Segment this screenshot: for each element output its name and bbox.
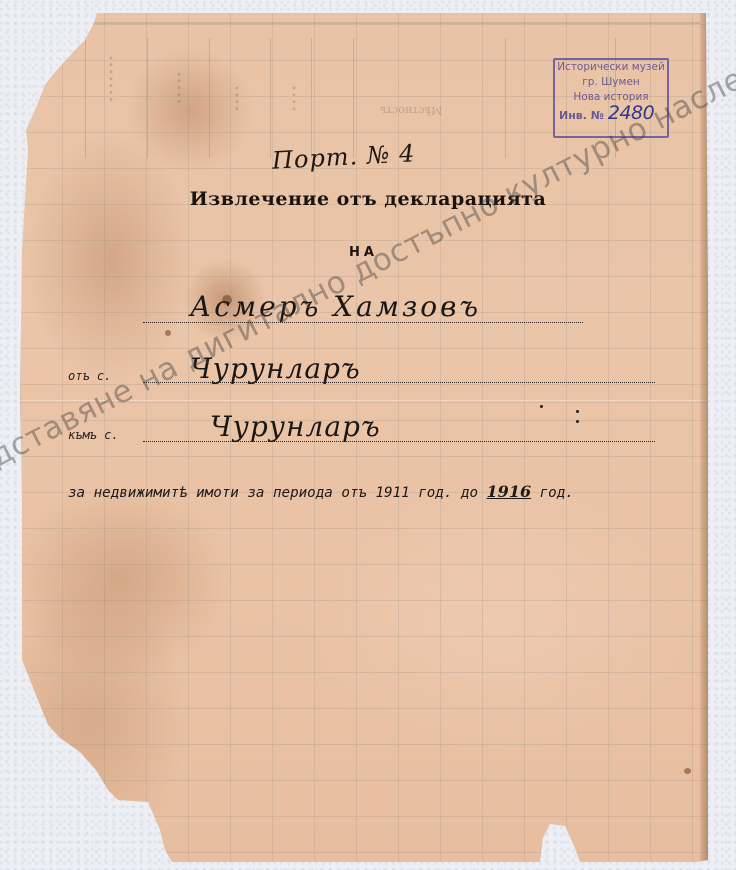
person-name: Асмеръ Хамзовъ xyxy=(190,290,481,323)
stamp-city: гр. Шумен xyxy=(555,75,667,90)
museum-stamp: Исторически музей гр. Шумен Нова история… xyxy=(553,58,669,138)
period-suffix: год. xyxy=(540,485,574,501)
document-title: Извлечение отъ декларацията xyxy=(0,188,736,210)
faint-column-header: Мѣстность xyxy=(380,104,442,117)
period-end-year: 1916 xyxy=(487,482,532,501)
to-village: Чурунларъ xyxy=(210,410,381,443)
fold-crease xyxy=(20,400,710,403)
na-label: НА xyxy=(349,245,378,260)
to-label: къмъ с. xyxy=(68,428,119,442)
period-line: за недвижимитѣ имоти за периода отъ 1911… xyxy=(68,482,574,501)
period-prefix: за недвижимитѣ имоти за периода отъ 1911… xyxy=(68,485,478,501)
from-label: отъ с. xyxy=(68,369,111,383)
stamp-inventory-label: Инв. № xyxy=(559,109,604,122)
stamp-inventory: Инв. № 2480 xyxy=(555,106,667,123)
from-village: Чурунларъ xyxy=(190,352,361,385)
stamp-museum-name: Исторически музей xyxy=(555,60,667,75)
stamp-inventory-number: 2480 xyxy=(608,102,654,124)
paper-edge xyxy=(700,13,708,862)
